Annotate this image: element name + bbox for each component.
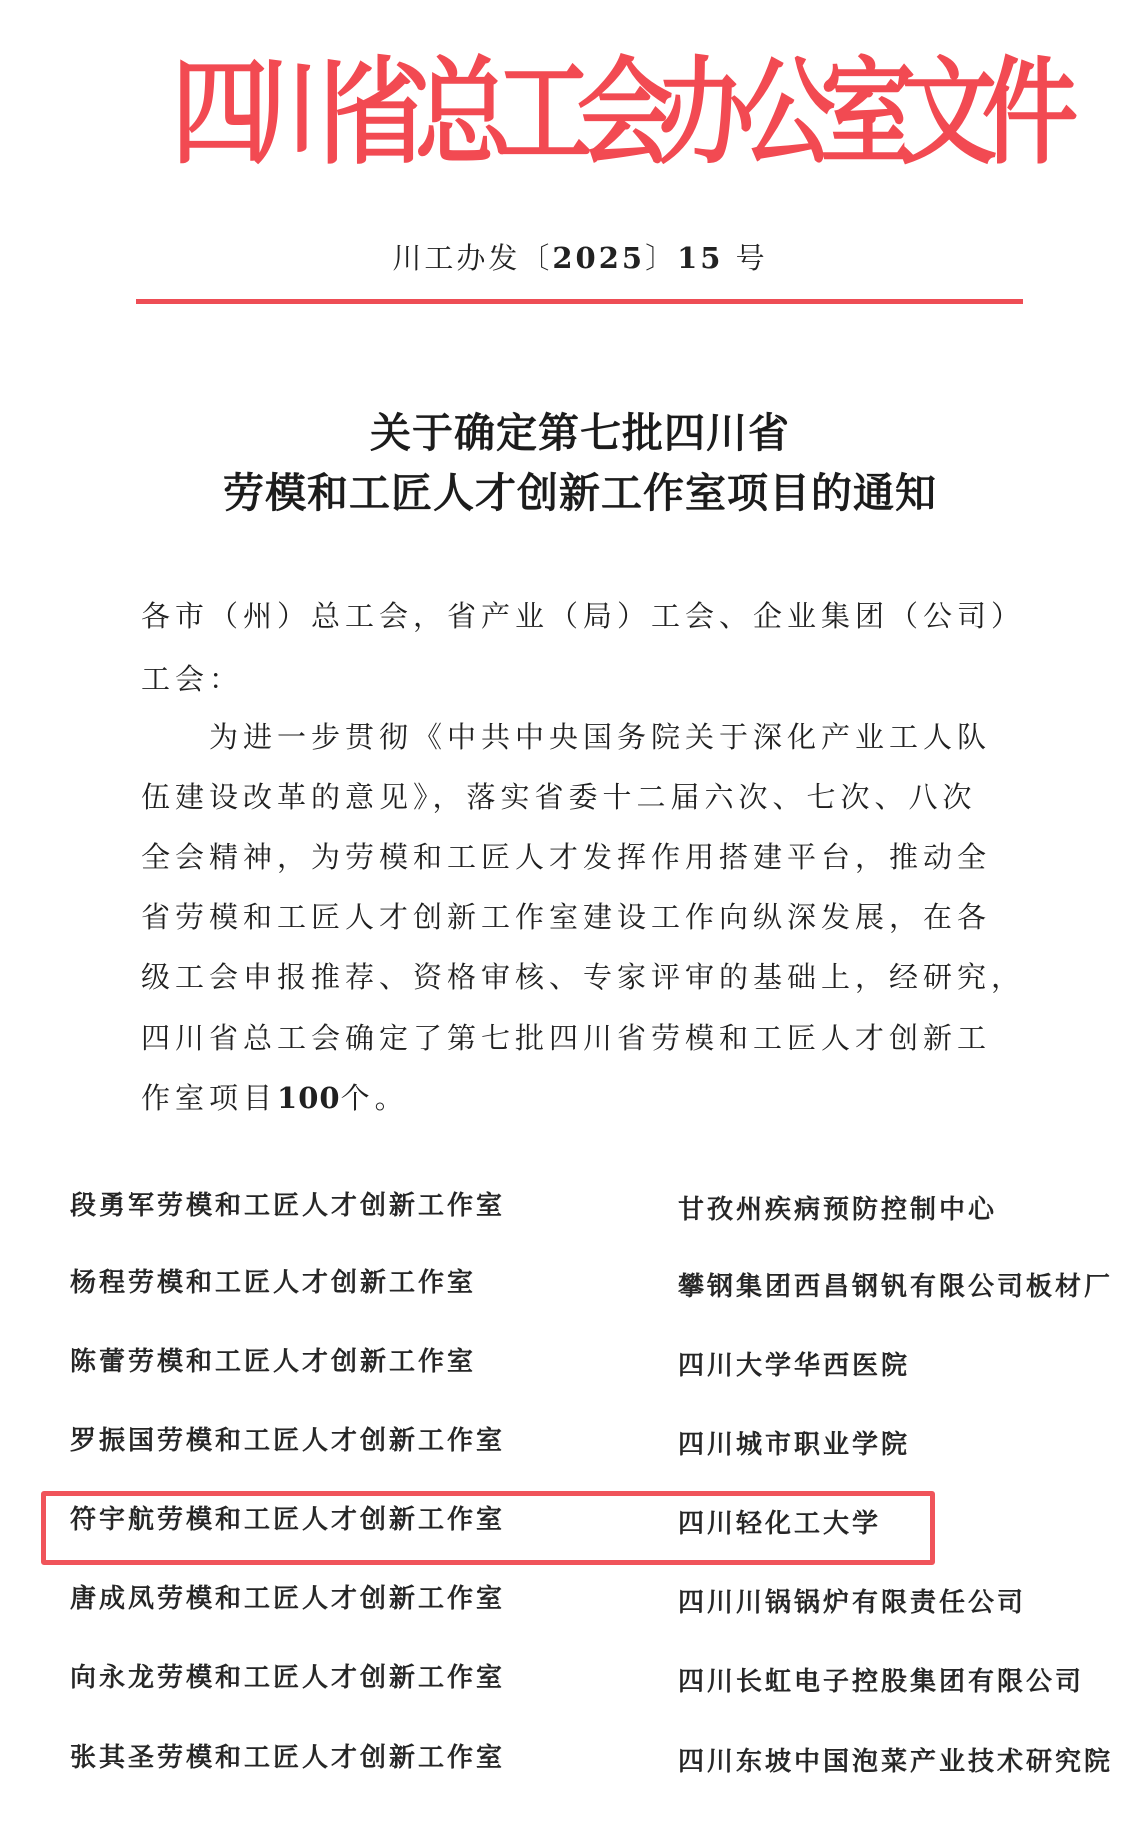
masthead-char: 川	[253, 40, 334, 186]
masthead-char: 四	[172, 40, 253, 186]
doc-number-year: 2025	[552, 241, 645, 275]
studio-name: 张其圣劳模和工匠人才创新工作室	[70, 1741, 505, 1775]
body-last-line-suffix: 个。	[341, 1081, 409, 1115]
masthead-char: 会	[577, 40, 658, 186]
red-separator-rule	[136, 299, 1023, 304]
studio-unit: 四川大学华西医院	[678, 1349, 910, 1383]
studio-unit: 四川城市职业学院	[678, 1428, 910, 1462]
studio-name: 杨程劳模和工匠人才创新工作室	[70, 1266, 476, 1300]
body-last-line: 作室项目100个。	[141, 1080, 409, 1116]
masthead-char: 公	[739, 40, 820, 186]
document-number: 川工办发〔2025〕15 号	[0, 240, 1139, 276]
body-line: 省劳模和工匠人才创新工作室建设工作向纵深发展，在各	[141, 899, 991, 935]
studio-unit: 四川川锅锅炉有限责任公司	[678, 1586, 1026, 1620]
highlight-box	[41, 1491, 935, 1565]
doc-number-prefix: 川工办发	[392, 241, 520, 275]
studio-unit: 攀钢集团西昌钢钒有限公司板材厂	[678, 1270, 1113, 1304]
studio-unit: 四川长虹电子控股集团有限公司	[678, 1665, 1084, 1699]
masthead-char: 省	[334, 40, 415, 186]
studio-name: 唐成凤劳模和工匠人才创新工作室	[70, 1582, 505, 1616]
masthead-char: 工	[496, 40, 577, 186]
notice-title-line-1: 关于确定第七批四川省	[0, 410, 1139, 456]
masthead-char: 办	[658, 40, 739, 186]
studio-unit: 四川东坡中国泡菜产业技术研究院	[678, 1745, 1113, 1779]
studio-unit: 甘孜州疾病预防控制中心	[678, 1193, 997, 1227]
body-line: 伍建设改革的意见》，落实省委十二届六次、七次、八次	[141, 779, 977, 815]
body-line: 四川省总工会确定了第七批四川省劳模和工匠人才创新工	[141, 1020, 991, 1056]
masthead-char: 总	[415, 40, 496, 186]
studio-name: 罗振国劳模和工匠人才创新工作室	[70, 1424, 505, 1458]
studio-name: 向永龙劳模和工匠人才创新工作室	[70, 1661, 505, 1695]
doc-number-bracket-open: 〔	[520, 241, 552, 275]
doc-number-bracket-close: 〕	[645, 241, 677, 275]
studio-name: 陈蕾劳模和工匠人才创新工作室	[70, 1345, 476, 1379]
masthead-title: 四 川 省 总 工 会 办 公 室 文 件	[172, 52, 988, 174]
doc-number-suffix: 号	[736, 241, 768, 275]
body-last-line-prefix: 作室项目	[141, 1081, 277, 1115]
masthead-char: 文	[901, 40, 982, 186]
project-count: 100	[277, 1081, 341, 1115]
notice-title-line-2: 劳模和工匠人才创新工作室项目的通知	[0, 470, 1139, 516]
salutation-line-1: 各市（州）总工会，省产业（局）工会、企业集团（公司）	[141, 598, 1025, 634]
body-line: 全会精神，为劳模和工匠人才发挥作用搭建平台，推动全	[141, 839, 991, 875]
body-line: 级工会申报推荐、资格审核、专家评审的基础上，经研究，	[141, 959, 1025, 995]
masthead-char: 件	[982, 40, 1063, 186]
studio-name: 段勇军劳模和工匠人才创新工作室	[70, 1189, 505, 1223]
salutation-line-2: 工会：	[141, 661, 243, 697]
masthead-char: 室	[820, 40, 901, 186]
doc-number-value: 15	[677, 241, 723, 275]
body-line: 为进一步贯彻《中共中央国务院关于深化产业工人队	[209, 719, 991, 755]
